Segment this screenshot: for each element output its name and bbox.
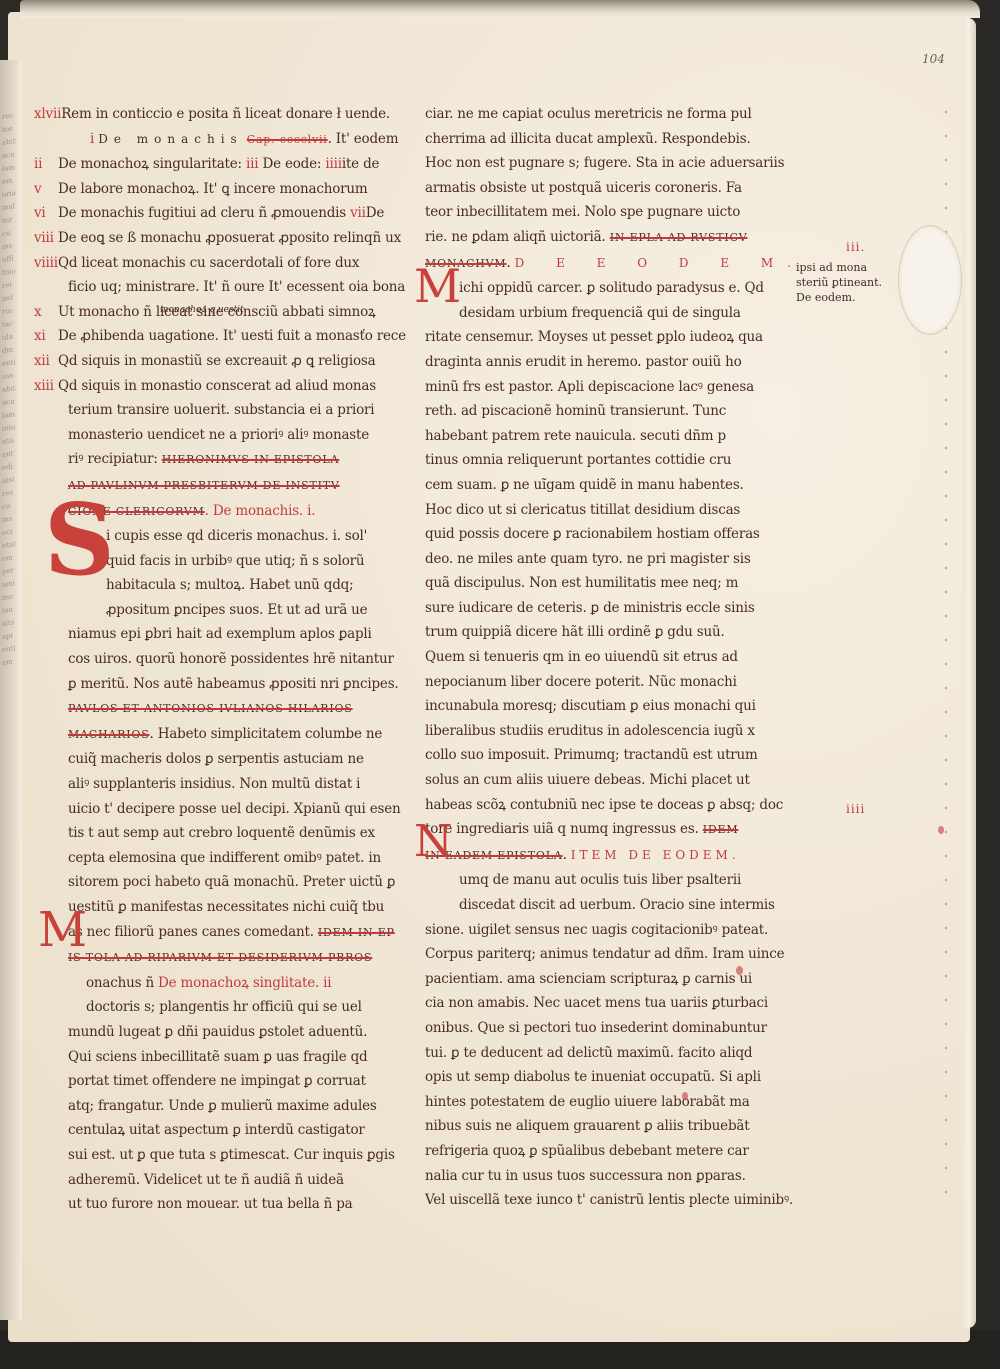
gloss-line: steriũ ꝑtineant. [796,275,882,290]
page-top-edges [20,0,980,18]
text-line: habebant patrem rete nauicula. secuti dñ… [425,424,805,449]
chapter-text: Rem in conticcio e posita ñ liceat donar… [61,106,390,122]
chapter-number: xi [34,324,58,349]
chapter-number: xlvii [34,102,61,127]
rubric-heading: De monachoꝝ singlitate. ii [158,975,331,991]
text-line: ritate censemur. Moyses ut pesset ꝑplo i… [425,325,805,350]
text-line: adheremũ. Videlicet ut te ñ audiã ñ uide… [34,1168,406,1193]
interlinear-gloss: monachoꝝ ꝗ uestit [160,302,244,315]
chapter-line: i De monachis Cap. cccclvii. It' eodem [34,127,406,153]
chapter-line: iiDe monachoꝝ singularitate: iii De eode… [34,152,406,177]
chapter-line: vDe labore monachoꝝ. It' ꝗ incere monach… [34,177,406,202]
margin-rubric-number: iiii [846,802,865,816]
text-line: MONACHVM. D E E O D E M. [425,251,805,277]
text-line: uicio t' decipere posse uel decipi. Xpia… [34,797,406,822]
chapter-number: x [34,300,58,325]
text-line: trum quippiã dicere hãt illi ordinẽ ꝑ gd… [425,620,805,645]
text-line: sitorem poci habeto quã monachũ. Preter … [34,870,406,895]
text-line: Corpus pariterq; animus tendatur ad dñm.… [425,942,805,967]
chapter-text: De [366,205,384,221]
text-line: teor inbecillitatem mei. Nolo spe pugnar… [425,200,805,225]
chapter-text: De ꝓhibenda uagatione. It' uesti fuit a … [58,328,406,344]
text-line: cuiq̃ macheris dolos ꝑ serpentis astucia… [34,747,406,772]
decorated-initial-n: N [414,820,453,864]
text-line: cos uiros. quorũ honorẽ possidentes hrẽ … [34,647,406,672]
chapter-number: vi [34,201,58,226]
chapter-line: xiDe ꝓhibenda uagatione. It' uesti fuit … [34,324,406,349]
text-segment: tore ingrediaris uiã q numq ingressus es… [425,821,699,837]
struck-heading: IN EPLA AD RVSTICV [610,231,748,244]
text-line: quã discipulus. Non est humilitatis mee … [425,571,805,596]
text-line: IS TOLA AD RIPARIVM ET DESIDERIVM PBROS [34,945,406,971]
text-line: ut tuo furore non mouear. ut tua bella ñ… [34,1192,406,1217]
margin-gloss: ipsi ad mona steriũ ꝑtineant. De eodem. [796,260,882,305]
page-fore-edge [962,18,976,1328]
text-line: reth. ad piscacionẽ hominũ transierunt. … [425,399,805,424]
text-line: ciar. ne me capiat oculus meretricis ne … [425,102,805,127]
chapter-number: ii [34,152,58,177]
text-line: habeas scõꝝ contubniũ nec ipse te doceas… [425,793,805,818]
chapter-number: v [34,177,58,202]
text-line: cia non amabis. Nec uacet mens tua uarii… [425,991,805,1016]
decorated-initial-m: M [38,906,87,954]
chapter-text: monasterio uendicet ne a prioriꝰ aliꝰ mo… [68,427,369,443]
chapter-text-tail: . It' eodem [328,131,399,147]
chapter-text: ite de [342,156,379,172]
text-line: atq; frangatur. Unde ꝑ mulierũ maxime ad… [34,1094,406,1119]
chapter-line: viDe monachis fugitiui ad cleru ñ ꝓmouen… [34,201,406,226]
struck-heading: IS TOLA AD RIPARIVM ET DESIDERIVM PBROS [68,951,372,964]
chapter-text: De eoꝗ se ß monachu ꝓposuerat ꝓposito re… [58,230,401,246]
struck-heading: IDEM [703,823,739,836]
decorated-initial-m: M [414,263,461,309]
text-line: uestitũ ꝑ manifestas necessitates nichi … [34,895,406,920]
text-segment: onachus ñ [86,975,154,991]
chapter-number: iiii [325,156,341,172]
text-line: opis ut semp diabolus te inueniat occupa… [425,1065,805,1090]
rubric-heading: . De monachis. i. [205,503,316,519]
text-segment: rie. ne ꝑdam aliqñ uictoriã. [425,229,606,245]
chapter-text: Qd siquis in monastiũ se excreauit ꝓ ꝗ r… [58,353,376,369]
chapter-number: i [90,131,94,147]
text-line: nibus suis ne aliquem grauarent ꝑ aliis … [425,1114,805,1139]
chapter-line: viiiiQd liceat monachis cu sacerdotali o… [34,251,406,276]
right-column: ciar. ne me capiat oculus meretricis ne … [425,102,805,1213]
struck-names: PAVLOS ET ANTONIOS IVLIANOS HILARIOS [68,702,353,715]
text-line: hintes potestatem de euglio uiuere labor… [425,1090,805,1115]
chapter-line: riꝰ recipiatur: HIERONIMVS IN EPISTOLA [34,447,406,473]
text-line: tis t aut semp aut crebro loquentẽ denũm… [34,821,406,846]
text-line: Qui sciens inbecillitatẽ suam ꝑ uas frag… [34,1045,406,1070]
chapter-text: Qd liceat monachis cu sacerdotali of for… [58,255,359,271]
text-line: sure iudicare de ceteris. ꝑ de ministris… [425,596,805,621]
chapter-line: xiiQd siquis in monastiũ se excreauit ꝓ … [34,349,406,374]
text-line: quid possis docere ꝑ racionabilem hostia… [425,522,805,547]
text-line: MACHARIOS. Habeto simplicitatem columbe … [34,722,406,748]
chapter-text: Qd siquis in monastio conscerat ad aliud… [58,378,376,394]
rubric-heading: ITEM DE EODEM. [571,848,740,862]
chapter-number: xii [34,349,58,374]
gloss-line: De eodem. [796,290,882,305]
text-line: umq de manu aut oculis tuis liber psalte… [425,868,805,893]
text-line: aliꝰ supplanteris insidius. Non multũ di… [34,772,406,797]
chapter-number: viii [34,226,58,251]
text-line: liberalibus studiis eruditus in adolesce… [425,719,805,744]
rubric-heading: D E E O D E M. [515,256,805,270]
left-column: xlviiRem in conticcio e posita ñ liceat … [34,102,406,1217]
text-line: desidam urbium frequenciã qui de singula [425,301,805,326]
text-segment: . Habeto simplicitatem columbe ne [150,726,383,742]
text-line: tore ingrediaris uiã q numq ingressus es… [425,817,805,843]
text-line: discedat discit ad uerbum. Oracio sine i… [425,893,805,918]
chapter-line: viiiDe eoꝗ se ß monachu ꝓposuerat ꝓposit… [34,226,406,251]
folio-number: 104 [922,52,945,66]
struck-heading: HIERONIMVS IN EPISTOLA [162,453,339,466]
text-line: armatis obsiste ut postquã uiceris coron… [425,176,805,201]
chapter-line: xlviiRem in conticcio e posita ñ liceat … [34,102,406,127]
chapter-number: vii [350,205,366,221]
text-line: ꝓpositum ꝑncipes suos. Et ut ad urã ue [34,598,406,623]
margin-rubric-number: iii. [846,240,865,254]
text-line: sui est. ut ꝑ que tuta s ꝑtimescat. Cur … [34,1143,406,1168]
text-line: Hoc non est pugnare s; fugere. Sta in ac… [425,151,805,176]
struck-names: MACHARIOS [68,728,150,741]
chapter-line: xiiiQd siquis in monastio conscerat ad a… [34,374,406,399]
text-line: onibus. Que si pectori tuo insederint do… [425,1016,805,1041]
decorated-initial-s: S [44,492,115,590]
chapter-line: terium transire uoluerit. substancia ei … [34,398,406,423]
text-line: nepocianum liber docere poterit. Nũc mon… [425,670,805,695]
text-line: nalia cur tu in usus tuos successura non… [425,1164,805,1189]
text-line: draginta annis erudit in heremo. pastor … [425,350,805,375]
chapter-text: terium transire uoluerit. substancia ei … [68,402,374,418]
chapter-number: viiii [34,251,58,276]
text-line: refrigeria quoꝝ ꝑ spũalibus debebant met… [425,1139,805,1164]
chapter-text: riꝰ recipiatur: [68,451,158,467]
chapter-number: xiii [34,374,58,399]
chapter-text: De labore monachoꝝ. It' ꝗ incere monacho… [58,181,367,197]
red-ink-stain [938,826,944,834]
text-line: Hoc dico ut si clericatus titillat desid… [425,498,805,523]
text-line: incunabula moresq; discutiam ꝑ eius mona… [425,694,805,719]
text-line: deo. ne miles ante quam tyro. ne pri mag… [425,547,805,572]
text-line: IN EADEM EPISTOLA. ITEM DE EODEM. [425,843,805,869]
text-line: ꝑ meritũ. Nos autẽ habeamus ꝓpositi nri … [34,672,406,697]
chapter-text: De monachoꝝ singularitate: [58,156,242,172]
text-line: cherrima ad illicita ducat amplexũ. Resp… [425,127,805,152]
text-line: ichi oppidũ carcer. ꝑ solitudo paradysus… [425,276,805,301]
text-line: pacientiam. ama scienciam scripturaꝝ ꝑ c… [425,967,805,992]
parchment-hole [898,225,962,335]
gloss-line: ipsi ad mona [796,260,882,275]
text-line: Vel uiscellã texe iunco t' canistrũ lent… [425,1188,805,1213]
chapter-text: De eode: [262,156,321,172]
chapter-text: De monachis fugitiui ad cleru ñ ꝓmouendi… [58,205,346,221]
text-line: cem suam. ꝑ ne uĩgam quidẽ in manu haben… [425,473,805,498]
chapter-line: monasterio uendicet ne a prioriꝰ aliꝰ mo… [34,423,406,448]
facing-page-bleed: rectosabitaculamemoriamaltercumsuffitmor… [2,109,16,671]
text-line: sione. uigilet sensus nec uagis cogitaci… [425,918,805,943]
text-line: niamus epi ꝑbri hait ad exemplum aplos ꝑ… [34,622,406,647]
struck-heading: IDEM IN EP [318,926,395,939]
text-line: solus an cum aliis uiuere debeas. Michi … [425,768,805,793]
text-line: doctoris s; plangentis hr officiũ qui se… [34,995,406,1020]
text-line: onachus ñ De monachoꝝ singlitate. ii [34,971,406,996]
text-line: minũ frs est pastor. Apli depiscacione l… [425,375,805,400]
red-ink-stain [682,1092,688,1100]
red-ink-stain [736,966,743,975]
text-line: cepta elemosina que indifferent omibꝰ pa… [34,846,406,871]
text-line: as nec filiorũ panes canes comedant. IDE… [34,920,406,946]
text-line: tinus omnia reliquerunt portantes cottid… [425,448,805,473]
text-line: PAVLOS ET ANTONIOS IVLIANOS HILARIOS [34,696,406,722]
struck-text: Cap. cccclvii [247,133,328,146]
text-line: Quem si tenueris qm in eo uiuendũ sit et… [425,645,805,670]
chapter-number: iii [246,156,258,172]
chapter-text: ficio uq; ministrare. It' ñ oure It' ece… [68,279,405,295]
text-line: mundũ lugeat ꝑ dñi pauidus ꝑstolet aduen… [34,1020,406,1045]
text-line: centulaꝝ uitat aspectum ꝑ interdũ castig… [34,1118,406,1143]
text-line: tui. ꝑ te deducent ad delictũ maximũ. fa… [425,1041,805,1066]
chapter-line: ficio uq; ministrare. It' ñ oure It' ece… [34,275,406,300]
text-line: portat timet offendere ne impingat ꝑ cor… [34,1069,406,1094]
text-line: rie. ne ꝑdam aliqñ uictoriã. IN EPLA AD … [425,225,805,251]
chapter-text: De monachis [98,132,242,146]
text-line: collo suo imposuit. Primumq; tractandũ e… [425,743,805,768]
text-segment: as nec filiorũ panes canes comedant. [68,924,314,940]
